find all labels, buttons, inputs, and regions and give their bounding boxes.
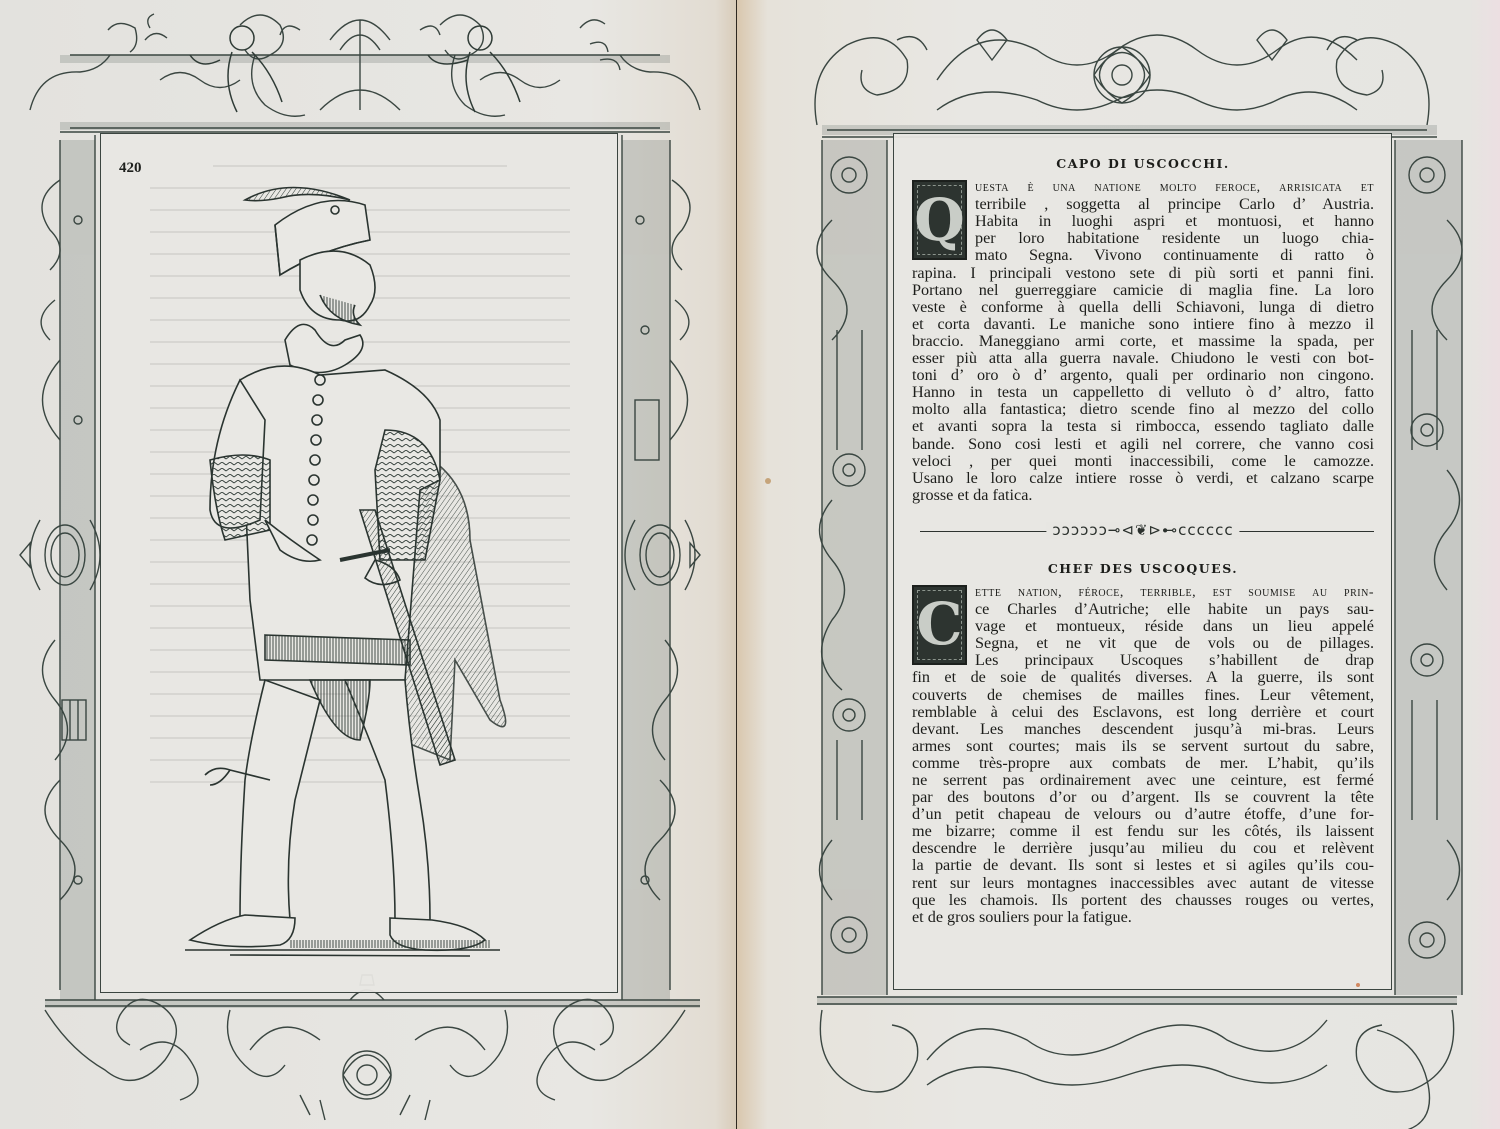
text-line: rent sur leurs montagnes inaccessibles a… bbox=[912, 875, 1374, 892]
paper-stain bbox=[765, 478, 771, 484]
text-line: fin et de soie de qualités diverses. A l… bbox=[912, 669, 1374, 686]
text-line: d’un petit chapeau de velours ou d’autre… bbox=[912, 806, 1374, 823]
paragraph-french: C ette nation, féroce, terrible, est sou… bbox=[912, 583, 1374, 926]
text-line: Habita in luoghi aspri et montuosi, et h… bbox=[912, 213, 1374, 230]
text-line: veloci , per quei monti inaccessibili, c… bbox=[912, 453, 1374, 470]
text-line: armes sont courtes; mais ils se servent … bbox=[912, 738, 1374, 755]
text-line: comme très-propre aux combats de mer. L’… bbox=[912, 755, 1374, 772]
text-line: molto alla fantastica; dietro scende fin… bbox=[912, 401, 1374, 418]
text-line: que les chamois. Ils portent des chausse… bbox=[912, 892, 1374, 909]
text-line: Les principaux Uscoques s’habillent de d… bbox=[912, 652, 1374, 669]
text-line: esser più atta alla guerra navale. Chiud… bbox=[912, 350, 1374, 367]
text-line: bande. Sono cosi lesti et agili nel corr… bbox=[912, 436, 1374, 453]
text-line: par des boutons d’or ou d’argent. Ils se… bbox=[912, 789, 1374, 806]
divider-ornament-icon: ↄↄↄↄↄↄ⊸⊲❦⊳⊷ϲϲϲϲϲϲ bbox=[1046, 522, 1239, 539]
text-line: et de gros souliers pour la fatigue. bbox=[912, 909, 1374, 926]
text-line: couverts de chemises de mailles fines. L… bbox=[912, 687, 1374, 704]
text-line: et avanti sopra la testa si rimbocca, es… bbox=[912, 418, 1374, 435]
section-heading-french: CHEF DES USCOQUES. bbox=[912, 560, 1374, 577]
figure-engraving-icon bbox=[170, 180, 560, 980]
section-heading-italian: CAPO DI USCOCCHI. bbox=[912, 155, 1374, 172]
left-page: 420 bbox=[0, 0, 737, 1129]
text-line: devant. Les manches descendent jusqu’à m… bbox=[912, 721, 1374, 738]
ornamental-divider: ↄↄↄↄↄↄ⊸⊲❦⊳⊷ϲϲϲϲϲϲ bbox=[912, 522, 1374, 542]
text-line: Hanno in testa un cappelletto di velluto… bbox=[912, 384, 1374, 401]
text-line: me bizarre; comme il est fendu sur les c… bbox=[912, 823, 1374, 840]
text-line: per loro habitatione residente un luogo … bbox=[912, 230, 1374, 247]
text-line: uesta è una natione molto feroce, arrisi… bbox=[912, 178, 1374, 196]
text-line: grosse et da fatica. bbox=[912, 487, 1374, 504]
text-line: et corta davanti. Le maniche sono intier… bbox=[912, 316, 1374, 333]
text-line: Portano nel guerreggiare camicie di magl… bbox=[912, 282, 1374, 299]
text-line: descendre le derrière jusqu’au milieu du… bbox=[912, 840, 1374, 857]
text-line: remblable à celui des Esclavons, est lon… bbox=[912, 704, 1374, 721]
dropcap-q-icon: Q bbox=[912, 180, 967, 260]
paper-stain bbox=[1356, 983, 1360, 987]
text-line: braccio. Maneggiano armi corte, et massi… bbox=[912, 333, 1374, 350]
text-line: terribile , soggetta al principe Carlo d… bbox=[912, 196, 1374, 213]
text-line: Usano le loro calze intiere rosse ò verd… bbox=[912, 470, 1374, 487]
page-number: 420 bbox=[119, 160, 142, 177]
dropcap-c-icon: C bbox=[912, 585, 967, 665]
text-line: mato Segna. Vivono continuamente di ratt… bbox=[912, 247, 1374, 264]
text-line: vage et montueux, réside dans un lieu ap… bbox=[912, 618, 1374, 635]
paragraph-italian: Q uesta è una natione molto feroce, arri… bbox=[912, 178, 1374, 504]
text-line: veste è conforme à quella delli Schiavon… bbox=[912, 299, 1374, 316]
book-spread: 420 bbox=[0, 0, 1500, 1129]
text-line: rapina. I principali vestono sete di più… bbox=[912, 265, 1374, 282]
text-line: Segna, et ne vit que de vols ou de pilla… bbox=[912, 635, 1374, 652]
text-line: ce Charles d’Autriche; elle habite un pa… bbox=[912, 601, 1374, 618]
text-line: toni d’ oro ò d’ argento, quali per ordi… bbox=[912, 367, 1374, 384]
text-line: la partie de devant. Ils sont si lestes … bbox=[912, 857, 1374, 874]
text-line: ne serrent pas ordinairement avec une ce… bbox=[912, 772, 1374, 789]
text-column: CAPO DI USCOCCHI. Q uesta è una natione … bbox=[912, 155, 1374, 926]
text-line: ette nation, féroce, terrible, est soumi… bbox=[912, 583, 1374, 601]
